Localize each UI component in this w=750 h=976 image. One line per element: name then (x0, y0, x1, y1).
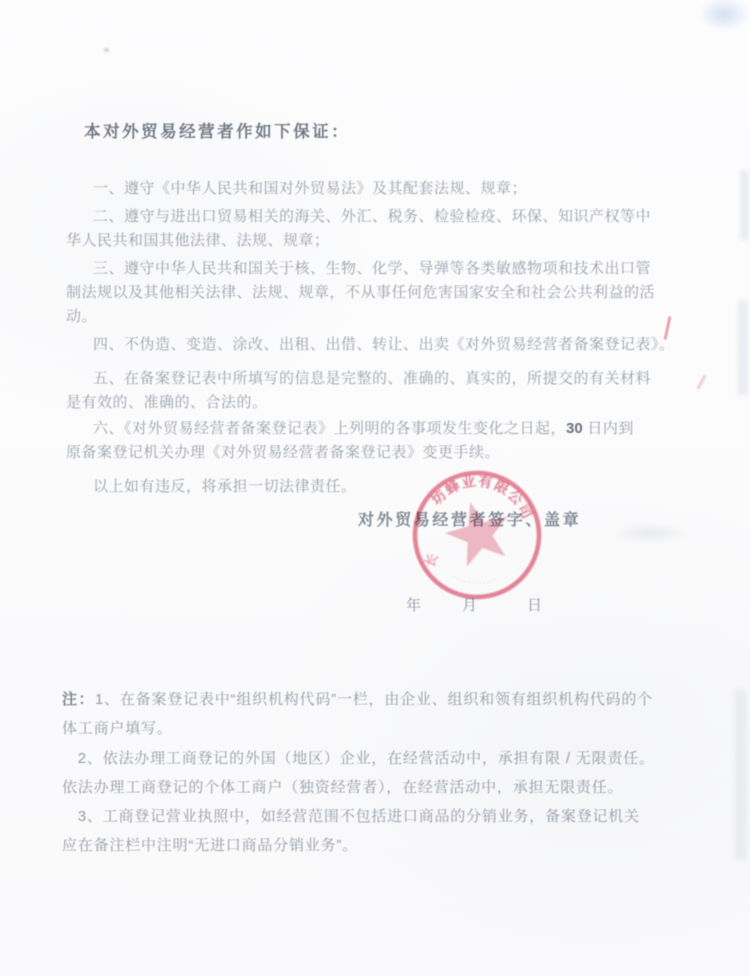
guarantee-body: 本对外贸易经营者作如下保证： 一、遵守《中华人民共和国对外贸易法》及其配套法规、… (66, 120, 726, 503)
scan-smudge-top-right (688, 0, 750, 38)
note-1-text: 1、在备案登记表中“组织机构代码”一栏，由企业、组织和领有组织机构代码的个 体工… (62, 691, 653, 737)
guarantee-item-3: 三、遵守中华人民共和国关于核、生物、化学、导弹等各类敏感物项和技术出口管 制法规… (66, 257, 726, 329)
company-seal-stamp: 坊蜂业有限公司 长 ············ (391, 449, 563, 621)
guarantee-title: 本对外贸易经营者作如下保证： (66, 120, 726, 144)
guarantee-item-1: 一、遵守《中华人民共和国对外贸易法》及其配套法规、规章； (66, 177, 726, 201)
guarantee-item-2: 二、遵守与进出口贸易相关的海关、外汇、税务、检验检疫、环保、知识产权等中 华人民… (66, 205, 726, 253)
notes-label: 注： (62, 691, 95, 708)
guarantee-item-4: 四、不伪造、变造、涂改、出租、出借、转让、出卖《对外贸易经营者备案登记表》。 (66, 333, 726, 357)
notes-block: 注：1、在备案登记表中“组织机构代码”一栏，由企业、组织和领有组织机构代码的个 … (62, 685, 722, 861)
scan-speck-top-left (104, 48, 109, 52)
scan-streak-right-2 (738, 300, 748, 395)
seal-star-icon (439, 494, 517, 570)
scan-smudge-signature (598, 518, 702, 548)
item-6-days-number: 30 (566, 420, 583, 437)
note-item-3: 3、工商登记营业执照中，如经营范围不包括进口商品的分销业务，备案登记机关 应在备… (62, 802, 722, 861)
scan-streak-right-1 (740, 170, 749, 240)
scan-page: 本对外贸易经营者作如下保证： 一、遵守《中华人民共和国对外贸易法》及其配套法规、… (0, 0, 750, 976)
item-6-text-pre: 六、《对外贸易经营者备案登记表》上列明的各事项发生变化之日起， (93, 420, 566, 437)
scan-streak-right-3 (735, 690, 747, 860)
note-item-2: 2、依法办理工商登记的外国（地区）企业，在经营活动中，承担有限 / 无限责任。 … (62, 744, 722, 803)
guarantee-item-5: 五、在备案登记表中所填写的信息是完整的、准确的、真实的，所提交的有关材料 是有效… (66, 367, 726, 415)
note-item-1: 注：1、在备案登记表中“组织机构代码”一栏，由企业、组织和领有组织机构代码的个 … (62, 685, 722, 744)
seal-code-marks: ············ (451, 571, 500, 589)
